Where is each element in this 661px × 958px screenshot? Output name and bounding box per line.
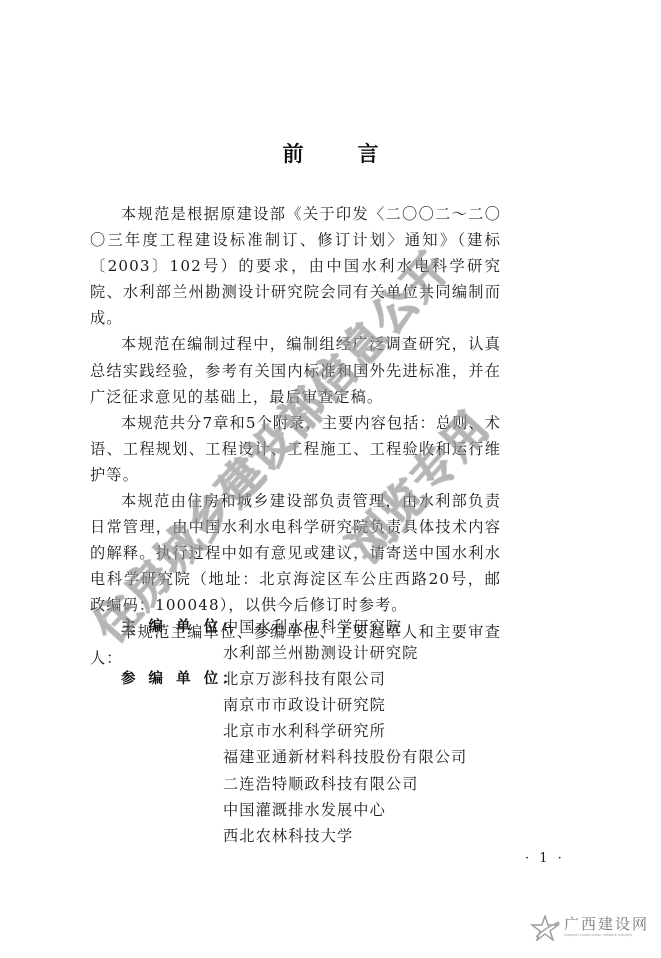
preface-body: 本规范是根据原建设部《关于印发〈二〇〇二～二〇〇三年度工程建设标准制订、修订计划… <box>90 201 501 671</box>
unit-item: 中国灌溉排水发展中心 <box>223 797 467 823</box>
chief-units: 主 编 单 位： 中国水利水电科学研究院 水利部兰州勘测设计研究院 <box>121 614 467 666</box>
units-list: 主 编 单 位： 中国水利水电科学研究院 水利部兰州勘测设计研究院 参 编 单 … <box>121 614 467 849</box>
paragraph: 本规范由住房和城乡建设部负责管理，由水利部负责日常管理，由中国水利水电科学研究院… <box>90 488 501 618</box>
logo-title: 广西建设网 <box>564 915 649 933</box>
site-logo: 广西建设网 Guangxi construction network indus… <box>530 915 661 947</box>
page-number: · 1 · <box>525 851 565 866</box>
participating-units: 参 编 单 位： 北京万澎科技有限公司 南京市市政设计研究院 北京市水利科学研究… <box>121 666 467 849</box>
chief-units-values: 中国水利水电科学研究院 水利部兰州勘测设计研究院 <box>223 614 418 666</box>
page-title: 前言 <box>0 138 661 168</box>
document-page: 前言 本规范是根据原建设部《关于印发〈二〇〇二～二〇〇三年度工程建设标准制订、修… <box>0 0 661 958</box>
paragraph: 本规范在编制过程中，编制组经广泛调查研究，认真总结实践经验，参考有关国内标准和国… <box>90 331 501 409</box>
star-logo-icon <box>530 915 560 941</box>
logo-text: 广西建设网 Guangxi construction network indus… <box>564 915 649 937</box>
title-char: 前 <box>283 138 304 168</box>
paragraph: 本规范共分7章和5个附录，主要内容包括：总则、术语、工程规划、工程设计、工程施工… <box>90 410 501 488</box>
unit-item: 二连浩特顺政科技有限公司 <box>223 771 467 797</box>
participating-units-label: 参 编 单 位： <box>121 666 223 849</box>
chief-units-label: 主 编 单 位： <box>121 614 223 666</box>
logo-subtitle: Guangxi construction network industry <box>564 933 649 937</box>
unit-item: 北京万澎科技有限公司 <box>223 666 467 692</box>
unit-item: 中国水利水电科学研究院 <box>223 614 418 640</box>
unit-item: 北京市水利科学研究所 <box>223 718 467 744</box>
title-char: 言 <box>358 138 379 168</box>
unit-item: 西北农林科技大学 <box>223 823 467 849</box>
unit-item: 水利部兰州勘测设计研究院 <box>223 640 418 666</box>
unit-item: 福建亚通新材料科技股份有限公司 <box>223 744 467 770</box>
unit-item: 南京市市政设计研究院 <box>223 692 467 718</box>
paragraph: 本规范是根据原建设部《关于印发〈二〇〇二～二〇〇三年度工程建设标准制订、修订计划… <box>90 201 501 331</box>
participating-units-values: 北京万澎科技有限公司 南京市市政设计研究院 北京市水利科学研究所 福建亚通新材料… <box>223 666 467 849</box>
